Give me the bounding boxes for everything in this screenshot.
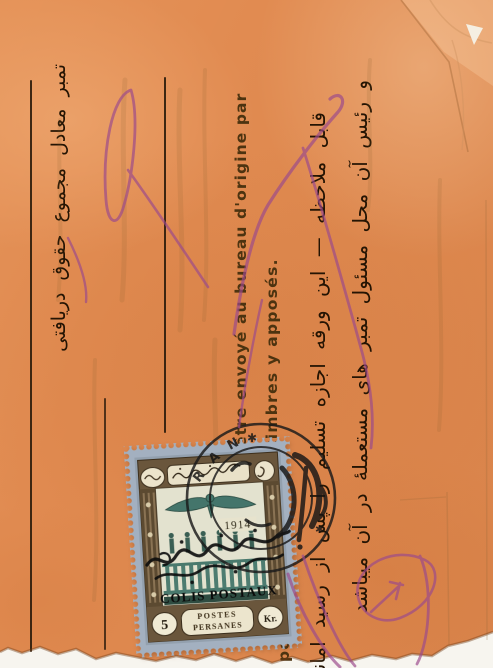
svg-text:N: N xyxy=(225,435,242,453)
svg-text:A: A xyxy=(206,449,223,467)
postmark-star-top: ✱ xyxy=(247,431,257,445)
postmark: R A N ✱ ✱ xyxy=(187,424,335,572)
scanned-document: تمبر معادل مجموع حقوق دريافتى être envoy… xyxy=(0,0,493,668)
pencil-scribbles xyxy=(68,90,435,667)
ink-layer: R A N ✱ ✱ xyxy=(0,0,493,668)
postmark-star-right: ✱ xyxy=(315,523,324,536)
